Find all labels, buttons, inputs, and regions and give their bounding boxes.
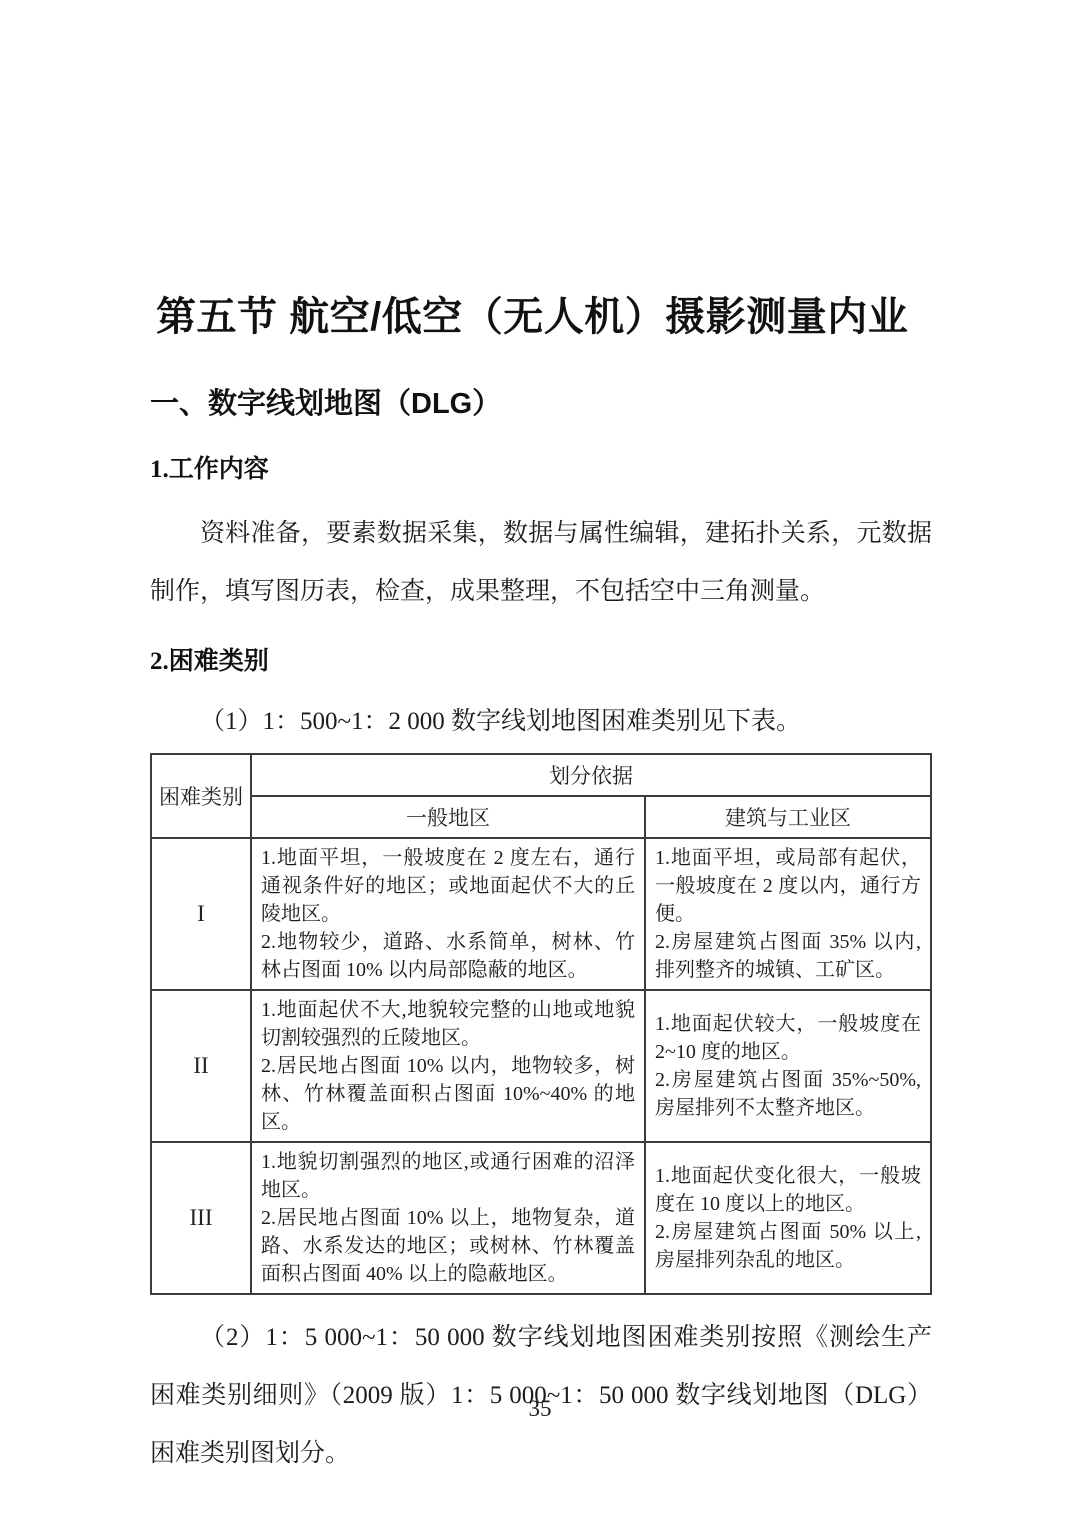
row-2-building-criteria: 1.地面起伏较大，一般坡度在 2~10 度的地区。 2.房屋建筑占图面 35%~… [645,990,931,1142]
page-content: 第五节 航空/低空（无人机）摄影测量内业 一、数字线划地图（DLG） 1.工作内… [150,0,932,1483]
table-subheader-building-industrial-area: 建筑与工业区 [645,796,931,838]
paragraph-table-intro: （1）1：500~1：2 000 数字线划地图困难类别见下表。 [150,703,932,741]
heading-dlg: 一、数字线划地图（DLG） [150,387,932,421]
paragraph-work-content: 资料准备，要素数据采集，数据与属性编辑，建拓扑关系，元数据制作，填写图历表，检查… [150,505,932,621]
subheading-work-content: 1.工作内容 [150,455,932,485]
row-3-category-label: III [151,1142,251,1294]
table-header-category: 困难类别 [151,754,251,838]
table-header-row-1: 困难类别 划分依据 [151,754,931,796]
row-1-building-criteria: 1.地面平坦，或局部有起伏，一般坡度在 2 度以内，通行方便。 2.房屋建筑占图… [645,838,931,990]
table-row-category-1: I 1.地面平坦，一般坡度在 2 度左右，通行通视条件好的地区；或地面起伏不大的… [151,838,931,990]
row-1-category-label: I [151,838,251,990]
table-header-row-2: 一般地区 建筑与工业区 [151,796,931,838]
row-2-general-criteria: 1.地面起伏不大,地貌较完整的山地或地貌切割较强烈的丘陵地区。 2.居民地占图面… [251,990,645,1142]
table-header-basis: 划分依据 [251,754,931,796]
page-number: 35 [0,1396,1080,1422]
section-title: 第五节 航空/低空（无人机）摄影测量内业 [156,293,932,341]
document-page: 第五节 航空/低空（无人机）摄影测量内业 一、数字线划地图（DLG） 1.工作内… [0,0,1080,1527]
difficulty-category-table: 困难类别 划分依据 一般地区 建筑与工业区 I 1.地面平坦，一般坡度在 2 度… [150,753,932,1295]
row-3-general-criteria: 1.地貌切割强烈的地区,或通行困难的沼泽地区。 2.居民地占图面 10% 以上，… [251,1142,645,1294]
table-subheader-general-area: 一般地区 [251,796,645,838]
subheading-difficulty-category: 2.困难类别 [150,647,932,677]
table-row-category-3: III 1.地貌切割强烈的地区,或通行困难的沼泽地区。 2.居民地占图面 10%… [151,1142,931,1294]
row-3-building-criteria: 1.地面起伏变化很大，一般坡度在 10 度以上的地区。 2.房屋建筑占图面 50… [645,1142,931,1294]
row-1-general-criteria: 1.地面平坦，一般坡度在 2 度左右，通行通视条件好的地区；或地面起伏不大的丘陵… [251,838,645,990]
table-row-category-2: II 1.地面起伏不大,地貌较完整的山地或地貌切割较强烈的丘陵地区。 2.居民地… [151,990,931,1142]
row-2-category-label: II [151,990,251,1142]
